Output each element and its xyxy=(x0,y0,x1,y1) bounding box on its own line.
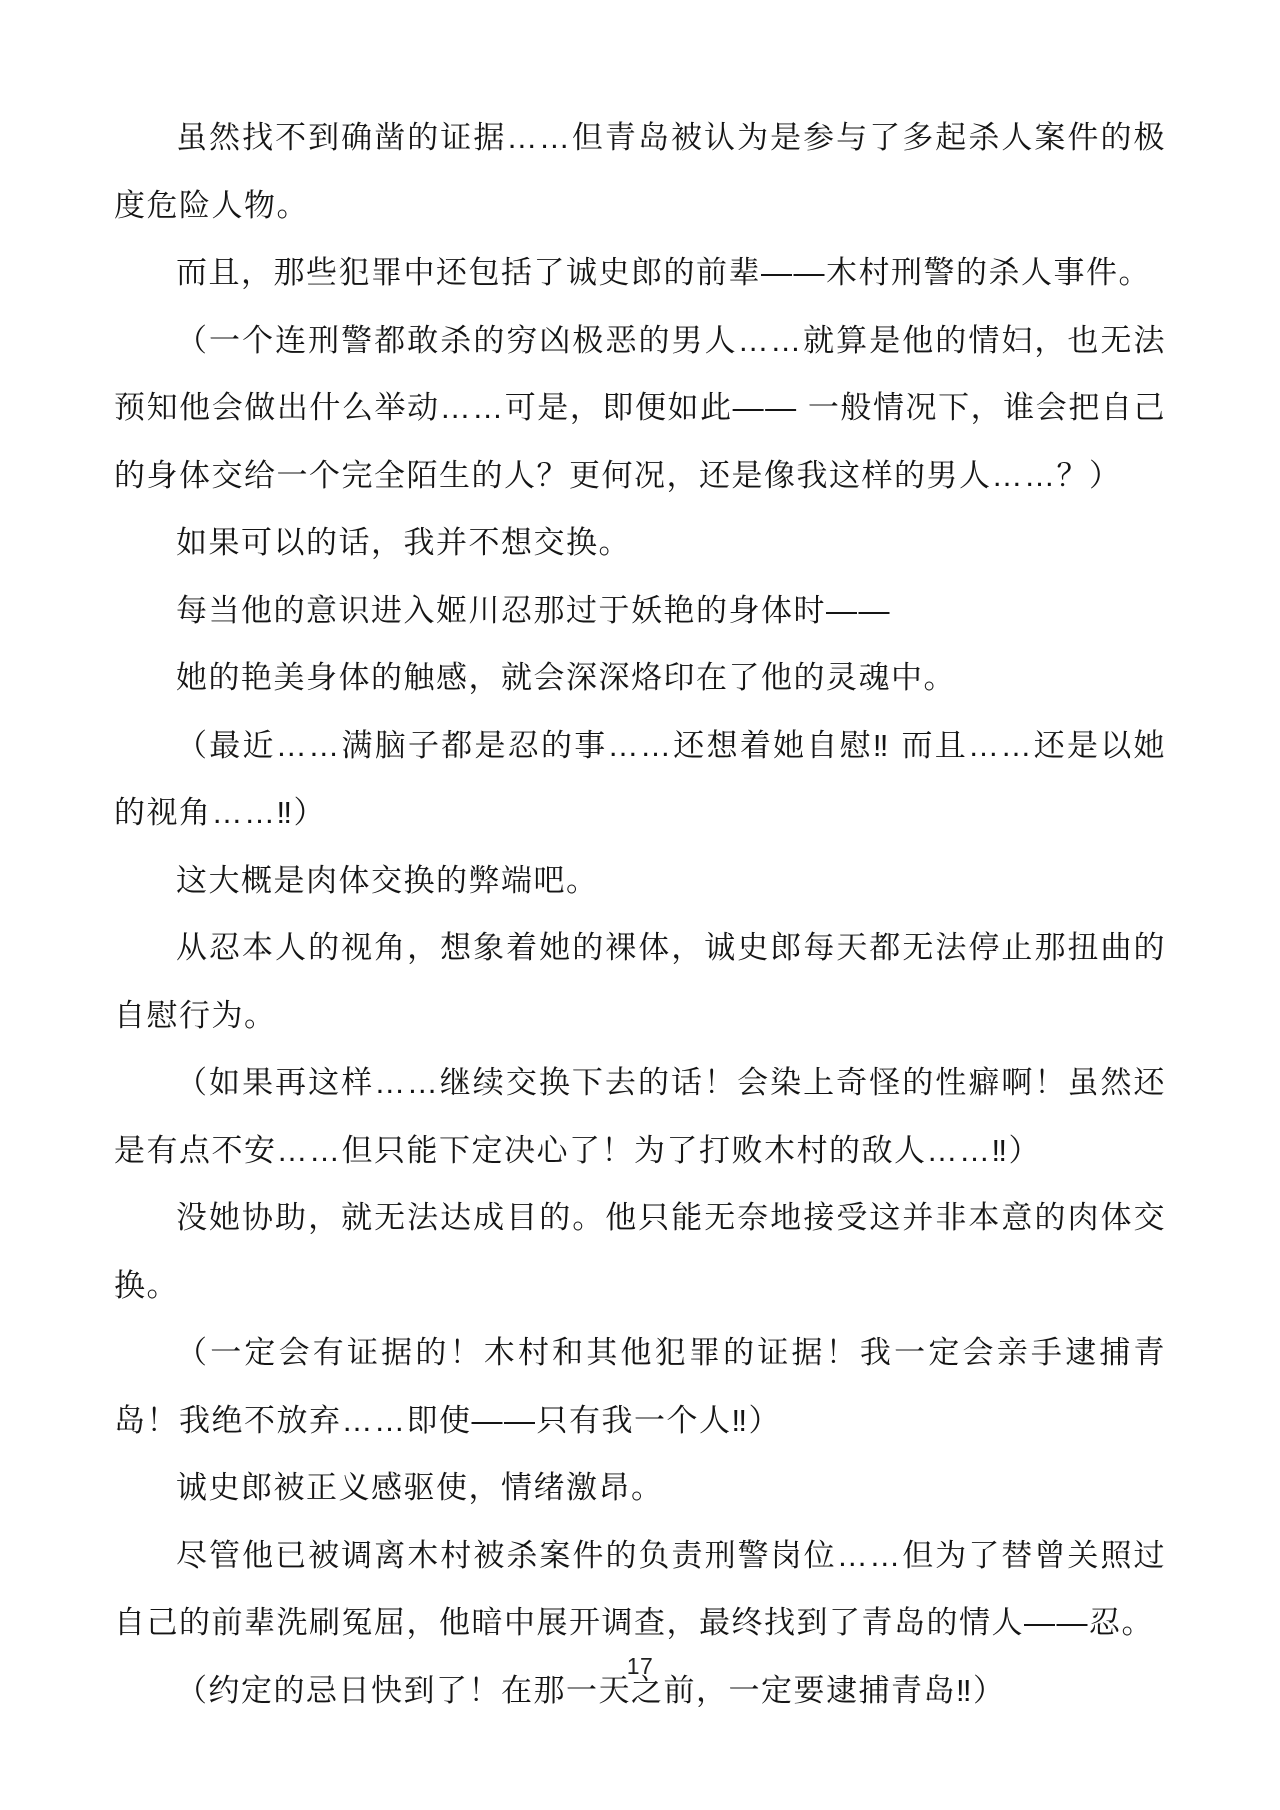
paragraph: （一定会有证据的！木村和其他犯罪的证据！我一定会亲手逮捕青岛！我绝不放弃……即使… xyxy=(114,1319,1166,1454)
paragraph: 尽管他已被调离木村被杀案件的负责刑警岗位……但为了替曾关照过自己的前辈洗刷冤屈，… xyxy=(114,1522,1166,1657)
paragraph: 而且，那些犯罪中还包括了诚史郎的前辈——木村刑警的杀人事件。 xyxy=(114,239,1166,307)
paragraph: （最近……满脑子都是忍的事……还想着她自慰‼ 而且……还是以她的视角……‼） xyxy=(114,712,1166,847)
paragraph: 如果可以的话，我并不想交换。 xyxy=(114,509,1166,577)
paragraph: （如果再这样……继续交换下去的话！会染上奇怪的性癖啊！虽然还是有点不安……但只能… xyxy=(114,1049,1166,1184)
paragraph: 每当他的意识进入姬川忍那过于妖艳的身体时—— xyxy=(114,577,1166,645)
page-body-text: 虽然找不到确凿的证据……但青岛被认为是参与了多起杀人案件的极度危险人物。 而且，… xyxy=(114,104,1166,1724)
paragraph: 这大概是肉体交换的弊端吧。 xyxy=(114,847,1166,915)
paragraph: 虽然找不到确凿的证据……但青岛被认为是参与了多起杀人案件的极度危险人物。 xyxy=(114,104,1166,239)
paragraph: 她的艳美身体的触感，就会深深烙印在了他的灵魂中。 xyxy=(114,644,1166,712)
paragraph: （一个连刑警都敢杀的穷凶极恶的男人……就算是他的情妇，也无法预知他会做出什么举动… xyxy=(114,307,1166,510)
page-number: 17 xyxy=(0,1652,1280,1680)
paragraph: 从忍本人的视角，想象着她的裸体，诚史郎每天都无法停止那扭曲的自慰行为。 xyxy=(114,914,1166,1049)
paragraph: 诚史郎被正义感驱使，情绪激昂。 xyxy=(114,1454,1166,1522)
document-page: 虽然找不到确凿的证据……但青岛被认为是参与了多起杀人案件的极度危险人物。 而且，… xyxy=(0,0,1280,1810)
paragraph: 没她协助，就无法达成目的。他只能无奈地接受这并非本意的肉体交换。 xyxy=(114,1184,1166,1319)
